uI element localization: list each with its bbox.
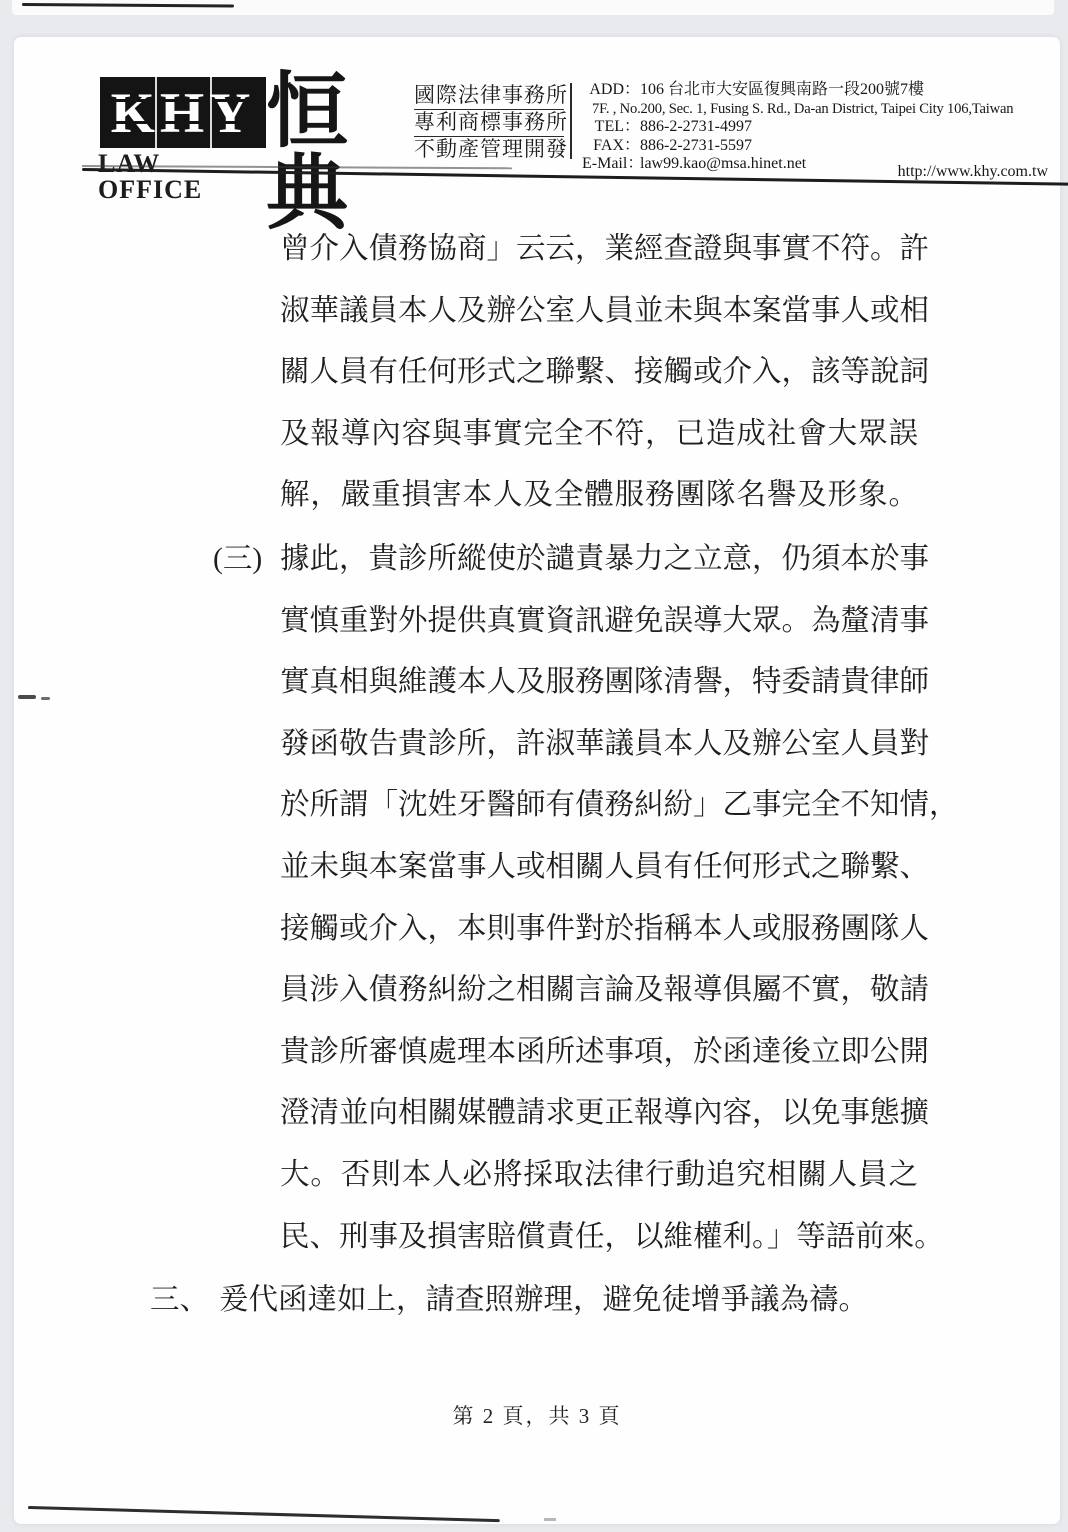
tel-value: 886-2-2731-4997 (640, 118, 1048, 137)
body-line: 貴診所審慎處理本函所述事項，於函達後立即公開 (280, 1022, 918, 1084)
subitem-3-label: (三) (213, 529, 277, 591)
tel-label: TEL： (582, 118, 640, 137)
logo-stencil-stripe (100, 99, 266, 102)
page-number-footer: 第 2 頁，共 3 頁 (14, 1400, 1060, 1430)
service-line: 國際法律事務所 (414, 83, 564, 110)
letterhead-divider (570, 83, 572, 159)
fax-value: 886-2-2731-5597 (640, 137, 1048, 156)
logo-letter-divider (155, 77, 157, 148)
body-line: 淑華議員本人及辦公室人員並未與本案當事人或相 (280, 281, 918, 343)
subitem-3-paragraph: 據此，貴診所縱使於譴責暴力之立意，仍須本於事 實慎重對外提供真實資訊避免誤導大眾… (280, 529, 918, 1268)
body-line: 員涉入債務糾紛之相關言論及報導俱屬不實，敬請 (280, 960, 918, 1022)
address-label: ADD： (582, 81, 640, 100)
law-office-caption: LAW OFFICE (98, 151, 268, 203)
body-line: 及報導內容與事實完全不符，已造成社會大眾誤 (280, 404, 918, 466)
address-value-en: 7F. , No.200, Sec. 1, Fusing S. Rd., Da-… (592, 100, 1048, 119)
continued-paragraph: 曾介入債務協商」云云，業經查證與事實不符。許 淑華議員本人及辦公室人員並未與本案… (280, 219, 918, 527)
item-3-text: 爰代函達如上，請查照辦理，避免徒增爭議為禱。 (219, 1284, 868, 1316)
body-line: 並未與本案當事人或相關人員有任何形式之聯繫、 (280, 837, 918, 899)
previous-page-edge (12, 0, 1054, 15)
body-line: 於所謂「沈姓牙醫師有債務糾紛」乙事完全不知情， (280, 775, 918, 837)
scan-streak-top (22, 3, 234, 7)
khy-logo: KHY (100, 77, 266, 148)
logo-letter-divider (210, 77, 212, 148)
scan-margin-tick (18, 695, 36, 699)
item-3-closing-line: 三、爰代函達如上，請查照辦理，避免徒增爭議為禱。 (150, 1270, 868, 1332)
khy-logo-text: KHY (111, 85, 256, 142)
body-line: 大。否則本人必將採取法律行動追究相關人員之 (280, 1145, 918, 1207)
body-line: 曾介入債務協商」云云，業經查證與事實不符。許 (280, 219, 918, 281)
body-line: 澄清並向相關媒體請求更正報導內容，以免事態擴 (280, 1083, 918, 1145)
body-line: 實慎重對外提供真實資訊避免誤導大眾。為釐清事 (280, 591, 918, 653)
firm-name-chinese: 恒典 (266, 71, 436, 235)
body-line: 民、刑事及損害賠償責任，以維權利。」等語前來。 (280, 1207, 918, 1269)
address-row: ADD： 106 台北市大安區復興南路一段200號7樓 (582, 81, 1048, 100)
logo-stencil-stripe (100, 121, 266, 124)
firm-services-list: 國際法律事務所 專利商標事務所 不動產管理開發 (414, 83, 564, 163)
website-url: http://www.khy.com.tw (898, 163, 1048, 182)
fax-label: FAX： (582, 137, 640, 156)
service-line: 不動產管理開發 (414, 137, 564, 163)
body-line: 解，嚴重損害本人及全體服務團隊名譽及形象。 (280, 465, 918, 527)
scan-dot (544, 1518, 556, 1521)
item-3-number: 三、 (150, 1284, 209, 1316)
email-label: E-Mail： (582, 155, 640, 174)
body-line: 發函敬告貴診所，許淑華議員本人及辦公室人員對 (280, 714, 918, 776)
address-value-cn: 106 台北市大安區復興南路一段200號7樓 (640, 81, 1048, 100)
body-line: 據此，貴診所縱使於譴責暴力之立意，仍須本於事 (280, 529, 918, 591)
contact-block: ADD： 106 台北市大安區復興南路一段200號7樓 7F. , No.200… (582, 81, 1048, 174)
body-line: 關人員有任何形式之聯繫、接觸或介入，該等說詞 (280, 342, 918, 404)
scan-streak-bottom (28, 1506, 500, 1522)
fax-row: FAX： 886-2-2731-5597 (582, 137, 1048, 156)
service-line: 專利商標事務所 (414, 110, 564, 137)
scanned-letter-page: KHY LAW OFFICE 恒典 國際法律事務所 專利商標事務所 不動產管理開… (14, 37, 1060, 1524)
body-line: 接觸或介入，本則事件對於指稱本人或服務團隊人 (280, 899, 918, 961)
body-line: 實真相與維護本人及服務團隊清譽，特委請貴律師 (280, 652, 918, 714)
tel-row: TEL： 886-2-2731-4997 (582, 118, 1048, 137)
scan-margin-tick (41, 697, 50, 700)
